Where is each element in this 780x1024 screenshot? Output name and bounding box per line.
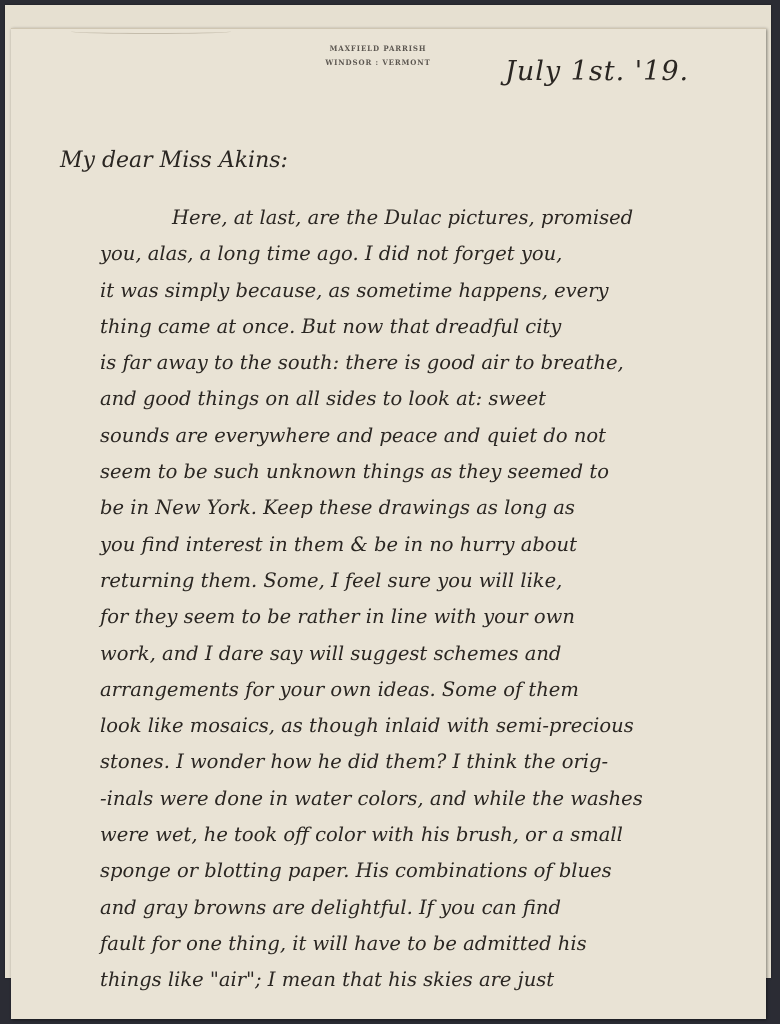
body-line: things like "air"; I mean that his skies…: [100, 962, 765, 998]
body-line: work, and I dare say will suggest scheme…: [100, 636, 765, 672]
body-line: you find interest in them & be in no hur…: [100, 527, 765, 563]
body-line: arrangements for your own ideas. Some of…: [100, 672, 765, 708]
body-line: sounds are everywhere and peace and quie…: [100, 418, 765, 454]
letter-body: Here, at last, are the Dulac pictures, p…: [100, 200, 765, 999]
letter-date: July 1st. '19.: [505, 56, 689, 87]
body-line: be in New York. Keep these drawings as l…: [100, 490, 765, 526]
body-line: -inals were done in water colors, and wh…: [100, 781, 765, 817]
letterhead: MAXFIELD PARRISH WINDSOR : VERMONT: [318, 42, 438, 70]
paper-crease: [71, 29, 231, 34]
letterhead-address: WINDSOR : VERMONT: [318, 56, 438, 70]
body-line: fault for one thing, it will have to be …: [100, 926, 765, 962]
body-line: thing came at once. But now that dreadfu…: [100, 309, 765, 345]
body-line: and good things on all sides to look at:…: [100, 381, 765, 417]
body-line: look like mosaics, as though inlaid with…: [100, 708, 765, 744]
body-line: stones. I wonder how he did them? I thin…: [100, 744, 765, 780]
body-line: Here, at last, are the Dulac pictures, p…: [100, 200, 765, 236]
body-line: for they seem to be rather in line with …: [100, 599, 765, 635]
body-line: is far away to the south: there is good …: [100, 345, 765, 381]
body-line: it was simply because, as sometime happe…: [100, 273, 765, 309]
body-line: you, alas, a long time ago. I did not fo…: [100, 236, 765, 272]
body-line: sponge or blotting paper. His combinatio…: [100, 853, 765, 889]
salutation: My dear Miss Akins:: [60, 148, 288, 173]
body-line: seem to be such unknown things as they s…: [100, 454, 765, 490]
letterhead-name: MAXFIELD PARRISH: [318, 42, 438, 56]
body-line: returning them. Some, I feel sure you wi…: [100, 563, 765, 599]
body-line: and gray browns are delightful. If you c…: [100, 890, 765, 926]
body-line: were wet, he took off color with his bru…: [100, 817, 765, 853]
